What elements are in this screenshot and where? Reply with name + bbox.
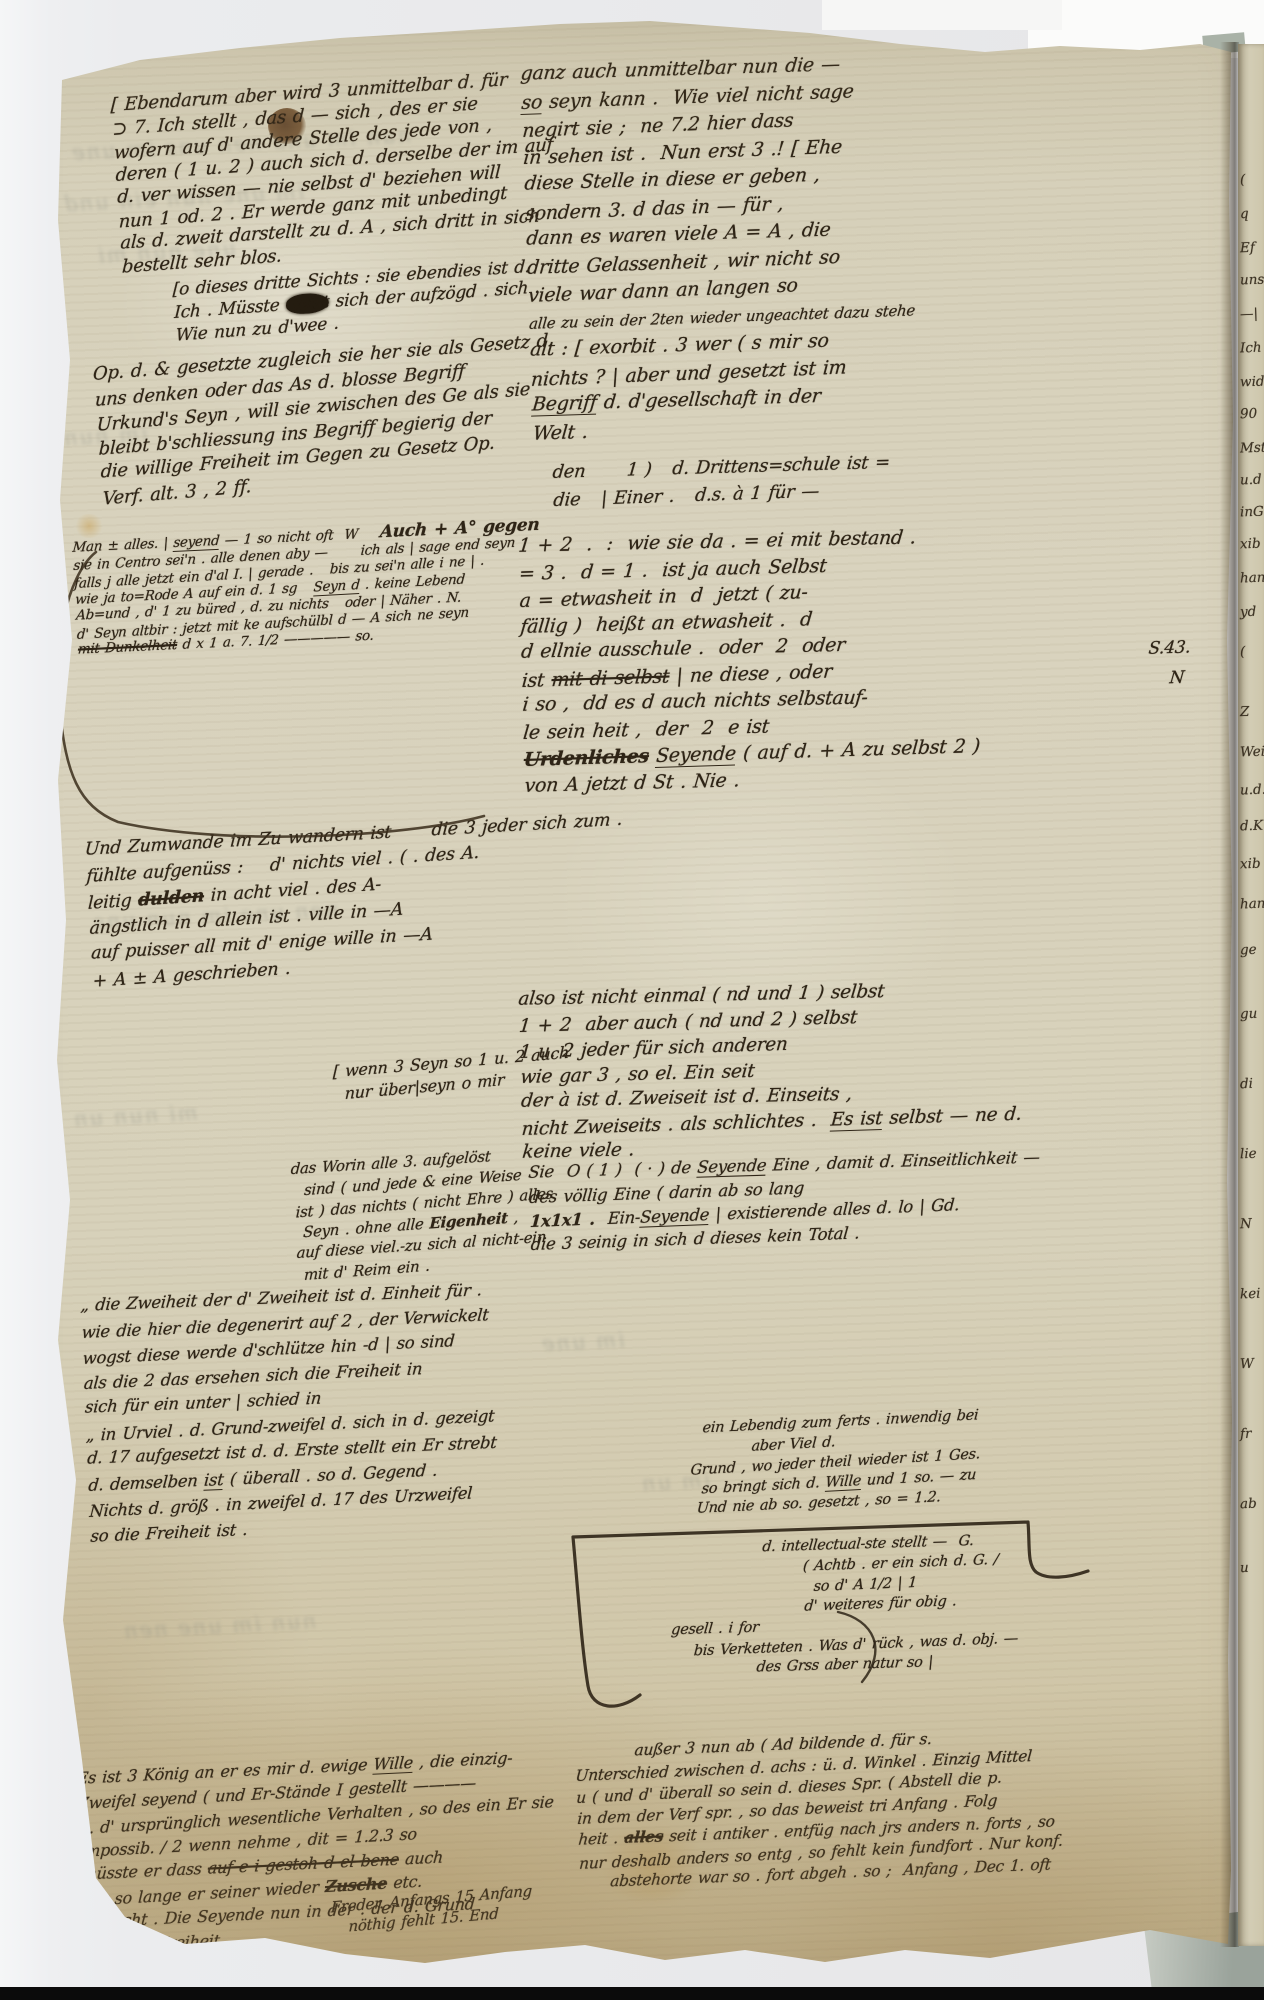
page2-fragment: kei (1240, 1286, 1261, 1303)
page2-fragment: u.d (1240, 472, 1262, 489)
page2-fragment: Ef (1240, 240, 1255, 257)
scan-bottom-black-strip (0, 1987, 1264, 2000)
page2-fragment: inG (1240, 504, 1264, 521)
handwriting-block-right-note-2: d. intellectual-ste stellt — G.( Achtb .… (650, 1527, 1085, 1682)
page2-fragment: u (1240, 1560, 1249, 1576)
manuscript-page: nun im und nen uns im uneim une nun ein … (0, 0, 1264, 2000)
handwriting-layer: [ Ebendarum aber wird 3 unmittelbar d. f… (0, 0, 1264, 2000)
page2-fragment: xib (1240, 856, 1261, 873)
scan-backdrop: nun im und nen uns im uneim une nun ein … (0, 0, 1264, 2000)
handwriting-block-right-para-6: außer 3 nun ab ( Ad bildende d. für s.Un… (574, 1723, 1050, 1895)
handwriting-block-left-para-5: „ die Zweiheit der d' Zweiheit ist d. Ei… (80, 1273, 561, 1548)
handwriting-block-left-para-1: [ Ebendarum aber wird 3 unmittelbar d. f… (110, 67, 522, 278)
handwriting-block-right-note-1: ein Lebendig zum ferts . inwendig beiabe… (688, 1402, 1033, 1520)
page2-fragment: W (1240, 1356, 1254, 1372)
page2-fragment: di (1240, 1076, 1254, 1092)
second-page-sliver: (qEfuns—|Ichwid90Mstu.dinGxibhanyd(ZWeiu… (1238, 44, 1264, 1946)
page2-fragment: ge (1240, 942, 1257, 959)
page2-fragment: —| (1240, 306, 1259, 323)
page2-fragment: fr (1240, 1426, 1252, 1442)
page2-fragment: 90 (1240, 406, 1258, 423)
page2-fragment: Wei (1240, 744, 1264, 761)
page2-fragment: ab (1240, 1496, 1257, 1513)
page2-fragment: d.K (1240, 818, 1264, 835)
page2-fragment: gu (1240, 1006, 1258, 1023)
handwriting-block-left-para-4: Und Zumwande im Zu wandern ist die 3 jed… (84, 810, 553, 994)
page2-fragment: ( (1240, 644, 1246, 660)
fold-gap-shadow (1220, 42, 1239, 1947)
page2-fragment: yd (1240, 604, 1257, 621)
handwriting-block-right-para-1: ganz auch unmittelbar nun die —so seyn k… (520, 45, 1013, 448)
page2-fragment: q (1240, 206, 1249, 222)
handwriting-block-left-para-3: Op. d. & gesetzte zugleich sie her sie a… (92, 329, 542, 510)
page2-fragment: han (1240, 896, 1264, 913)
page2-fragment: Z (1240, 704, 1250, 720)
handwriting-block-right-para-5: Sie O ( 1 ) ( · ) de Seyende Eine , dami… (528, 1145, 1021, 1256)
handwriting-block-right-para-2: den 1 ) d. Drittens=schule ist =die | Ei… (552, 445, 994, 514)
handwriting-block-left-circled-note: Man ± alles. | seyend — 1 so nicht oft W… (72, 515, 548, 659)
backdrop-paper-strip-top (822, 0, 1062, 30)
page2-fragment: N (1240, 1216, 1252, 1232)
page2-fragment: ( (1240, 172, 1246, 188)
page2-fragment: xib (1240, 536, 1261, 553)
page2-fragment: wid (1240, 374, 1264, 391)
handwriting-block-right-para-3: 1 + 2 . : wie sie da . = ei mit bestand … (518, 521, 1005, 798)
handwriting-block-right-para-4: also ist nicht einmal ( nd und 1 ) selbs… (518, 975, 1003, 1166)
page2-fragment: uns (1240, 272, 1264, 289)
page2-fragment: u.d. (1240, 782, 1264, 799)
page2-fragment: lie (1240, 1146, 1257, 1163)
page2-fragment: Ich (1240, 340, 1262, 357)
page2-fragment: han (1240, 570, 1264, 587)
handwriting-block-left-para-6: Es ist 3 König an er es mir d. ewige Wil… (76, 1743, 565, 1960)
page2-fragment: Mst (1240, 440, 1264, 457)
